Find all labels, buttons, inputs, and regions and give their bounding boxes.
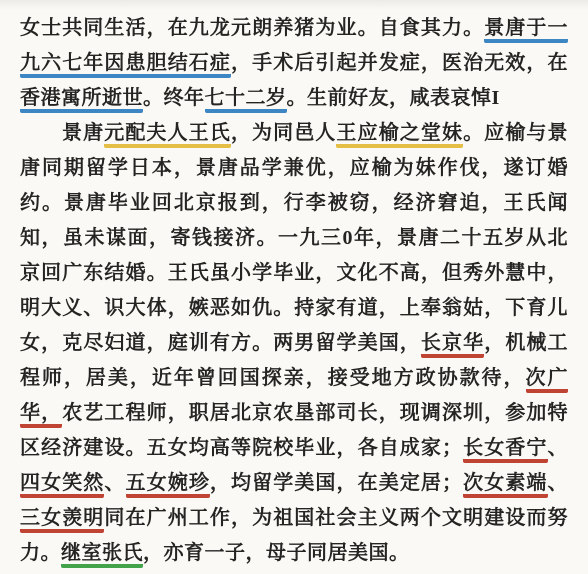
underlined-text-red: 次广 — [526, 367, 568, 393]
underlined-text-red: 三女羡明 — [20, 507, 104, 533]
text-segment: 、 — [104, 472, 125, 494]
text-line: 女，克尽妇道，庭训有方。两男留学美国，长京华，机械工 — [20, 326, 568, 361]
text-segment: 、 — [548, 472, 569, 494]
text-segment: 女士共同生活，在九龙元朗养猪为业。自食其力。 — [20, 17, 484, 39]
text-segment: ，亦育一子，母子同居美国。 — [143, 542, 410, 564]
text-segment: 唐同期留学日本，景唐品学兼优，应榆为妹作伐，遂订婚 — [20, 157, 568, 179]
text-segment: ，为同邑人 — [231, 122, 337, 144]
text-line: 力。继室张氏，亦育一子，母子同居美国。 — [20, 536, 568, 571]
underlined-text-blue: 香港寓所逝世 — [20, 87, 143, 113]
underlined-text-green: 继室张氏 — [61, 542, 143, 568]
text-line: 区经济建设。五女均高等院校毕业，各自成家；长女香宁、 — [20, 431, 568, 466]
text-segment: 区经济建设。五女均高等院校毕业，各自成家； — [20, 437, 463, 459]
text-line: 唐同期留学日本，景唐品学兼优，应榆为妹作伐，遂订婚 — [20, 151, 568, 186]
underlined-text-blue: 七十二岁 — [205, 87, 287, 113]
underlined-text-blue: 九六七年因患胆结石症 — [20, 52, 231, 78]
underlined-text-red: 华， — [20, 402, 62, 428]
text-segment: 、 — [548, 437, 569, 459]
text-line: 四女笑然、五女婉珍，均留学美国，在美定居；次女素端、 — [20, 466, 568, 501]
scanned-document-screenshot: { "page": { "background": "#faf9f6", "te… — [0, 0, 588, 574]
text-line: 香港寓所逝世。终年七十二岁。生前好友，咸表哀悼I — [20, 81, 568, 116]
text-line: 女士共同生活，在九龙元朗养猪为业。自食其力。景唐于一 — [20, 11, 568, 46]
underlined-text-blue: 景唐于一 — [484, 17, 568, 43]
text-segment: ，机械工 — [484, 332, 568, 354]
text-segment: 女，克尽妇道，庭训有方。两男留学美国， — [20, 332, 421, 354]
text-segment: 明大义、识大体，嫉恶如仇。持家有道，上奉翁姑，下育儿 — [20, 297, 568, 319]
scan-edge-artifact — [0, 0, 588, 10]
text-segment: 程师，居美，近年曾回国探亲，接受地方政协款待， — [20, 367, 526, 389]
text-line: 华，农艺工程师，职居北京农垦部司长，现调深圳，参加特 — [20, 396, 568, 431]
underlined-text-red: 次女素端 — [463, 472, 548, 498]
text-line: 三女羡明同在广州工作，为祖国社会主义两个文明建设而努 — [20, 501, 568, 536]
underlined-text-yellow: 元配夫人王氏 — [104, 122, 231, 148]
underlined-text-red: 长女香宁 — [463, 437, 548, 463]
document-text: 女士共同生活，在九龙元朗养猪为业。自食其力。景唐于一九六七年因患胆结石症，手术后… — [20, 11, 568, 571]
text-line: 约。景唐毕业回北京报到，行李被窃，经济窘迫，王氏闻 — [20, 186, 568, 221]
text-segment: 景唐 — [62, 122, 104, 144]
text-line: 程师，居美，近年曾回国探亲，接受地方政协款待，次广 — [20, 361, 568, 396]
text-segment: 力。 — [20, 542, 61, 564]
text-line: 明大义、识大体，嫉恶如仇。持家有道，上奉翁姑，下育儿 — [20, 291, 568, 326]
text-segment: 京回广东结婚。王氏虽小学毕业，文化不高，但秀外慧中， — [20, 262, 568, 284]
text-segment: 。应榆与景 — [463, 122, 568, 144]
text-segment: 农艺工程师，职居北京农垦部司长，现调深圳，参加特 — [62, 402, 568, 424]
text-segment: 。生前好友，咸表哀悼I — [287, 87, 500, 109]
text-segment: 。终年 — [143, 87, 205, 109]
text-segment: ，均留学美国，在美定居； — [210, 472, 463, 494]
text-segment: 同在广州工作，为祖国社会主义两个文明建设而努 — [104, 507, 568, 529]
underlined-text-red: 长京华 — [421, 332, 484, 358]
text-line: 九六七年因患胆结石症，手术后引起并发症，医治无效，在 — [20, 46, 568, 81]
text-segment: 约。景唐毕业回北京报到，行李被窃，经济窘迫，王氏闻 — [20, 192, 568, 214]
underlined-text-red: 五女婉珍 — [126, 472, 210, 498]
text-segment: 知，虽未谋面，寄钱接济。一九三0年，景唐二十五岁从北 — [20, 227, 568, 249]
underlined-text-red: 四女笑然 — [20, 472, 104, 498]
text-line: 景唐元配夫人王氏，为同邑人王应榆之堂妹。应榆与景 — [20, 116, 568, 151]
text-segment: ，手术后引起并发症，医治无效，在 — [231, 52, 568, 74]
text-line: 京回广东结婚。王氏虽小学毕业，文化不高，但秀外慧中， — [20, 256, 568, 291]
underlined-text-yellow: 王应榆之堂妹 — [336, 122, 463, 148]
text-line: 知，虽未谋面，寄钱接济。一九三0年，景唐二十五岁从北 — [20, 221, 568, 256]
document-page: 女士共同生活，在九龙元朗养猪为业。自食其力。景唐于一九六七年因患胆结石症，手术后… — [0, 0, 588, 574]
